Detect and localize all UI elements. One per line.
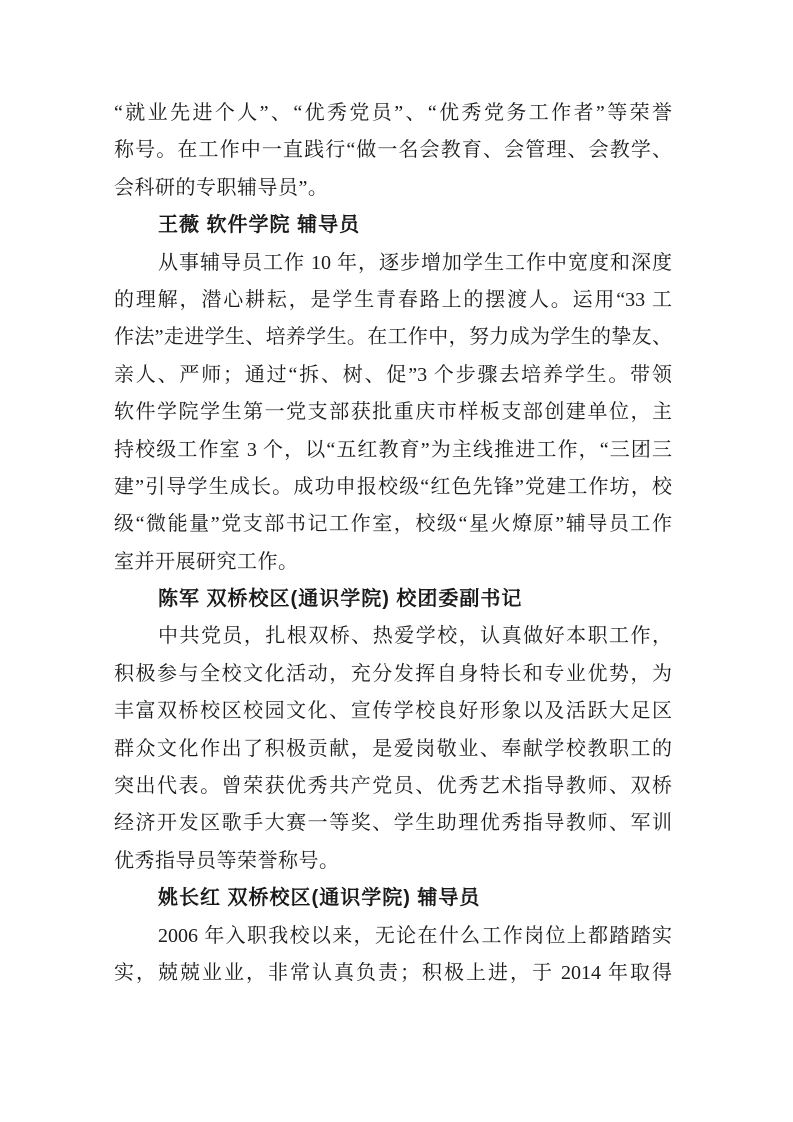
text-line: 2006 年入职我校以来，无论在什么工作岗位上都踏踏实: [114, 918, 672, 955]
text-line: 称号。在工作中一直践行“做一名会教育、会管理、会教学、: [114, 132, 672, 169]
text-line: “就业先进个人”、“优秀党员”、“优秀党务工作者”等荣誉: [114, 95, 672, 132]
text-line: 级“微能量”党支部书记工作室，校级“星火燎原”辅导员工作: [114, 506, 672, 543]
document-body: “就业先进个人”、“优秀党员”、“优秀党务工作者”等荣誉称号。在工作中一直践行“…: [114, 95, 672, 992]
text-line: 丰富双桥校区校园文化、宣传学校良好形象以及活跃大足区: [114, 693, 672, 730]
section-heading: 姚长红 双桥校区(通识学院) 辅导员: [114, 880, 672, 917]
section-heading: 王薇 软件学院 辅导员: [114, 207, 672, 244]
text-line: 突出代表。曾荣获优秀共产党员、优秀艺术指导教师、双桥: [114, 768, 672, 805]
text-line: 会科研的专职辅导员”。: [114, 170, 672, 207]
text-line: 中共党员，扎根双桥、热爱学校，认真做好本职工作，: [114, 618, 672, 655]
text-line: 从事辅导员工作 10 年，逐步增加学生工作中宽度和深度: [114, 245, 672, 282]
text-line: 室并开展研究工作。: [114, 544, 672, 581]
text-line: 的理解，潜心耕耘，是学生青春路上的摆渡人。运用“33 工: [114, 282, 672, 319]
text-line: 实，兢兢业业，非常认真负责；积极上进，于 2014 年取得: [114, 955, 672, 992]
document-page: “就业先进个人”、“优秀党员”、“优秀党务工作者”等荣誉称号。在工作中一直践行“…: [0, 0, 793, 1122]
text-line: 积极参与全校文化活动，充分发挥自身特长和专业优势，为: [114, 656, 672, 693]
section-heading: 陈军 双桥校区(通识学院) 校团委副书记: [114, 581, 672, 618]
text-line: 经济开发区歌手大赛一等奖、学生助理优秀指导教师、军训: [114, 805, 672, 842]
text-line: 作法”走进学生、培养学生。在工作中，努力成为学生的挚友、: [114, 319, 672, 356]
text-line: 亲人、严师；通过“拆、树、促”3 个步骤去培养学生。带领: [114, 357, 672, 394]
text-line: 优秀指导员等荣誉称号。: [114, 843, 672, 880]
text-line: 软件学院学生第一党支部获批重庆市样板支部创建单位，主: [114, 394, 672, 431]
text-line: 持校级工作室 3 个，以“五红教育”为主线推进工作，“三团三: [114, 432, 672, 469]
text-line: 群众文化作出了积极贡献，是爱岗敬业、奉献学校教职工的: [114, 731, 672, 768]
text-line: 建”引导学生成长。成功申报校级“红色先锋”党建工作坊，校: [114, 469, 672, 506]
